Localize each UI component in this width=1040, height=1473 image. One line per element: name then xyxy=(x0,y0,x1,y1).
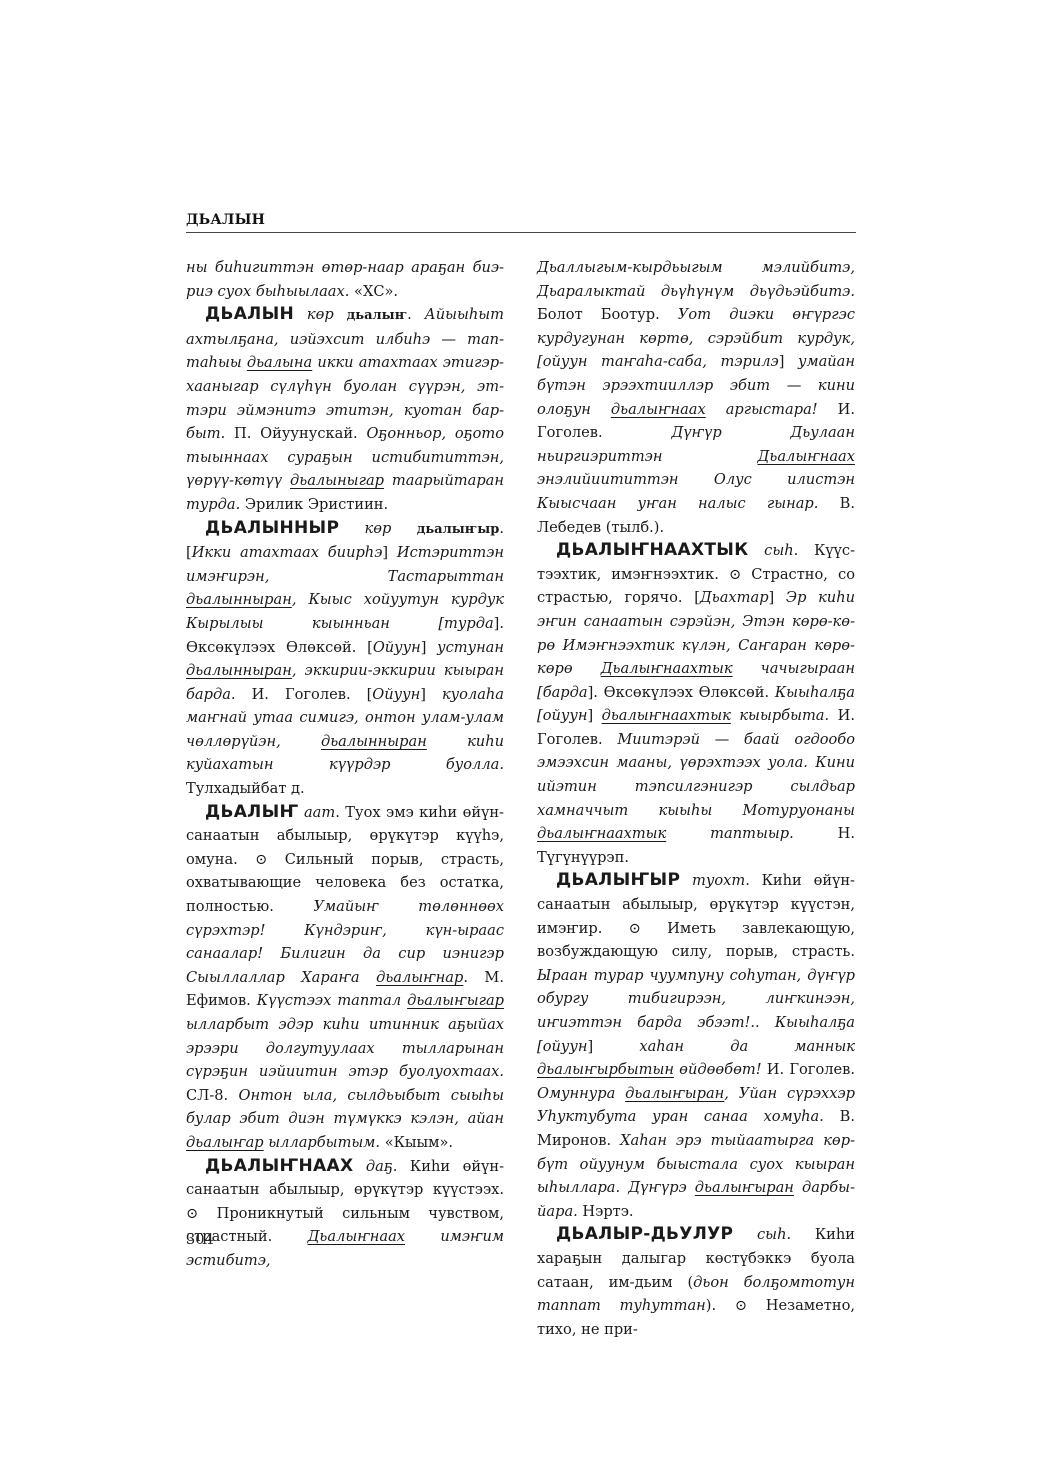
text-run: . xyxy=(407,306,425,323)
text-run: И. Го­голев. xyxy=(767,1061,855,1078)
italic-text: Күүстээх таптал xyxy=(257,992,407,1009)
italic-text: ойуун таҥаһа-саба, тэрилэ xyxy=(543,353,779,370)
italic-text: Ойуун xyxy=(373,639,421,656)
headword: ДЬАЛЫННЫР xyxy=(205,518,339,538)
italic-text: даҕ xyxy=(353,1158,392,1175)
example-keyword: дьалыныгар xyxy=(290,472,384,489)
italic-text: Омуннура xyxy=(537,1085,625,1102)
italic-text: Ойуун xyxy=(372,686,420,703)
dictionary-entry: ДЬАЛЫР-ДЬУЛУР сыһ. Киһи хара­ҕын далыгар… xyxy=(537,1223,855,1341)
italic-text: Дьахтар xyxy=(700,589,769,606)
example-keyword: дьалыҥыран xyxy=(695,1179,794,1196)
example-keyword: дьалын­ныран xyxy=(321,733,427,750)
example-keyword: дьалынныран xyxy=(186,591,292,608)
entry-continuation: ны биһигиттэн өтөр-наар араҕан биэ­риэ с… xyxy=(186,256,504,303)
dictionary-entry: ДЬАЛЫҤНААХ даҕ. Киһи өйүн-санаатын абылы… xyxy=(186,1155,504,1273)
italic-text: тап­тыыр. xyxy=(666,825,837,842)
text-run: Тулхадыйбат д. xyxy=(186,780,305,797)
example-keyword: дьа­лыҥнар xyxy=(376,969,463,986)
example-keyword: Дьалыҥнаах xyxy=(308,1228,405,1245)
italic-text: ылларбытым. xyxy=(264,1134,385,1151)
italic-text: Дьаллыгым-кырдьыгым мэлийбитэ, Дьа­ралык… xyxy=(537,259,855,300)
dictionary-entry: ДЬАЛЫҤЫР туохт. Киһи өйүн-санаатын абылы… xyxy=(537,869,855,1223)
headword: ДЬАЛЫН xyxy=(205,304,294,324)
italic-text: ны биһигиттэн өтөр-наар араҕан биэ­риэ с… xyxy=(186,259,504,300)
italic-text: хаһан да ман­нык xyxy=(639,1038,855,1055)
italic-text: устунан xyxy=(437,639,504,656)
italic-text: көр xyxy=(339,520,416,537)
text-run: ] xyxy=(779,353,798,370)
example-keyword: дьалына xyxy=(247,354,312,371)
italic-text: сыһ xyxy=(748,542,793,559)
example-keyword: Дьалыҥнаах xyxy=(758,448,855,465)
text-run: ] xyxy=(769,589,786,606)
example-keyword: дьалынныран xyxy=(186,662,292,679)
example-keyword: дьа­лыҥнаах xyxy=(611,401,706,418)
dictionary-entry: ДЬАЛЫҤ аат. Туох эмэ киһи өйүн-санаатын … xyxy=(186,801,504,1155)
cross-reference: дьалыҥ xyxy=(347,308,408,323)
headword: ДЬАЛЫҤ xyxy=(205,802,299,822)
text-run: Эрилик Эристиин. xyxy=(245,496,388,513)
italic-text: ойуун xyxy=(543,1038,588,1055)
text-run: ] xyxy=(382,544,396,561)
italic-text: кыырбыта. xyxy=(731,707,838,724)
entry-continuation: Дьаллыгым-кырдьыгым мэлийбитэ, Дьа­ралык… xyxy=(537,256,855,539)
example-keyword: дьалыҥнаахтык xyxy=(602,707,731,724)
right-column: Дьаллыгым-кырдьыгым мэлийбитэ, Дьа­ралык… xyxy=(537,256,855,1341)
dictionary-entry: ДЬАЛЫҤНААХТЫК сыһ. Күүс­тээхтик, имэҥнээ… xyxy=(537,539,855,869)
italic-text: ылларбыт эдэр киһи итин­ник аҕыйах эрээр… xyxy=(186,1016,504,1080)
text-run: Нэртэ. xyxy=(582,1203,633,1220)
example-keyword: дьалыҥар xyxy=(186,1134,264,1151)
example-keyword: дьалыҥнаахтык xyxy=(537,825,666,842)
headword: ДЬАЛЫҤНААХТЫК xyxy=(556,540,748,560)
text-run: «ХС». xyxy=(354,283,398,300)
italic-text: энэлийиититтэн Олус илистэн Кыысчаан уҥа… xyxy=(537,471,855,512)
text-run: И. Гоголев. [ xyxy=(252,686,373,703)
headword: ДЬАЛЫР-ДЬУЛУР xyxy=(556,1224,733,1244)
header-rule xyxy=(186,232,856,233)
italic-text: сыһ xyxy=(733,1226,786,1243)
text-run: ] xyxy=(420,686,442,703)
italic-text: турда xyxy=(444,615,494,632)
example-keyword: дьалыҥыран xyxy=(625,1085,724,1102)
italic-text: көр xyxy=(294,306,347,323)
text-run: «Кыым». xyxy=(385,1134,453,1151)
left-column: ны биһигиттэн өтөр-наар араҕан биэ­риэ с… xyxy=(186,256,504,1273)
italic-text: туохт xyxy=(680,872,745,889)
example-keyword: Дьалыҥнаахтык xyxy=(601,660,733,677)
running-head: ДЬАЛЫН xyxy=(186,212,265,228)
text-run: ] xyxy=(587,707,601,724)
italic-text: аат xyxy=(299,804,336,821)
italic-text: аргыстара! xyxy=(706,401,838,418)
text-run: Бо­лот Боотур. xyxy=(537,306,678,323)
italic-text: барда xyxy=(543,684,588,701)
text-run: СЛ-8. xyxy=(186,1087,239,1104)
example-keyword: дьалыҥырбытын xyxy=(537,1061,674,1078)
italic-text: Икки атахтаах биирһэ xyxy=(192,544,383,561)
text-run: ] xyxy=(421,639,437,656)
dictionary-entry: ДЬАЛЫН көр дьалыҥ. Айыыһыт ахтылҕана, иэ… xyxy=(186,303,504,516)
text-run: П. Ойуунускай. xyxy=(234,425,366,442)
text-run: ]. Өксөкүлээх Өлөксөй. xyxy=(588,684,775,701)
headword: ДЬАЛЫҤЫР xyxy=(556,870,680,890)
cross-reference: дьалыҥыр xyxy=(417,522,500,537)
headword: ДЬАЛЫҤНААХ xyxy=(205,1156,353,1176)
page-number: 304 xyxy=(186,1231,214,1248)
example-keyword: дьалыҥыгар xyxy=(407,992,504,1009)
italic-text: өйдөөбөт! xyxy=(674,1061,767,1078)
italic-text: ойуун xyxy=(543,707,588,724)
text-run: ] xyxy=(587,1038,639,1055)
dictionary-entry: ДЬАЛЫННЫР көр дьалыҥыр. [Икки атахтаах б… xyxy=(186,517,504,801)
